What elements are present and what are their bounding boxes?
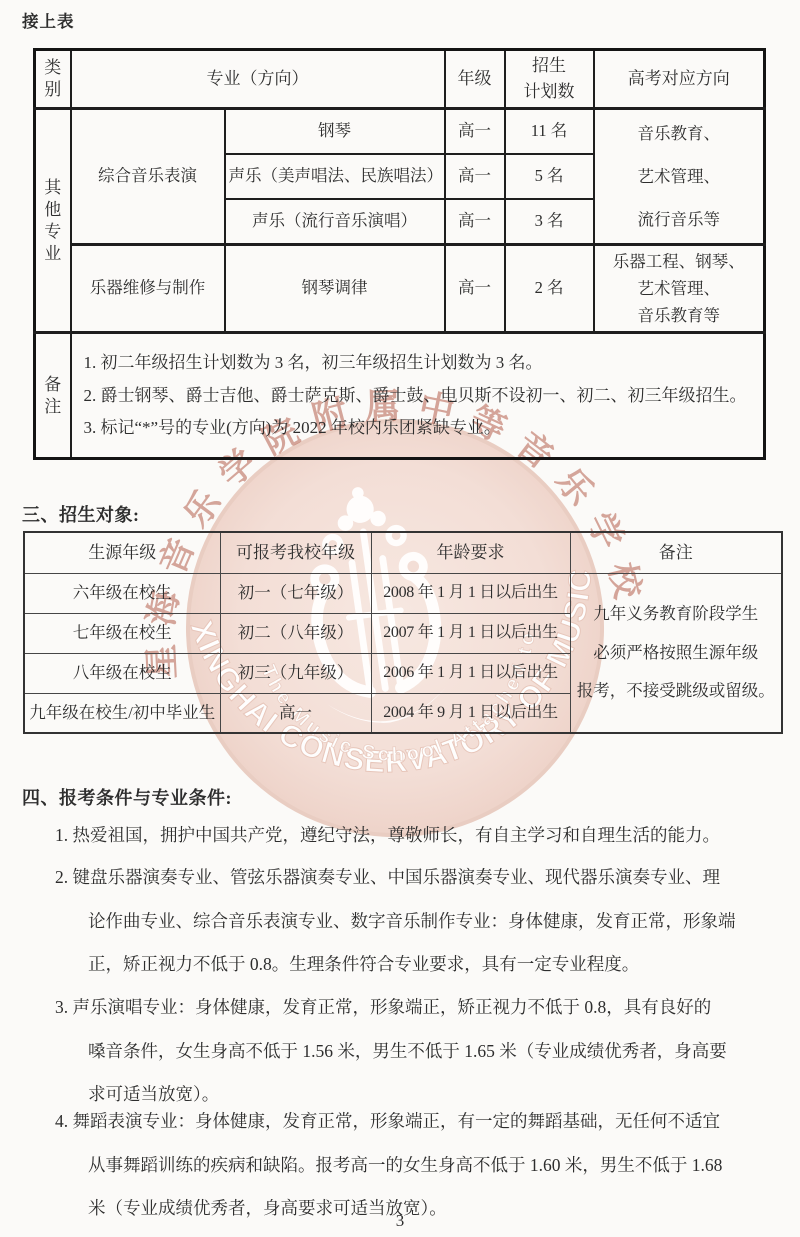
condition-line: 1. 热爱祖国，拥护中国共产党，遵纪守法，尊敬师长，有自主学习和自理生活的能力。 — [55, 814, 800, 858]
plan-quota-vocal-pop: 3 名 — [505, 199, 594, 244]
section-title-application-conditions: 四、报考条件与专业条件: — [22, 784, 232, 810]
plan-grade-vocal-pop: 高一 — [445, 199, 505, 244]
target-apply-grade9: 初三（九年级） — [220, 653, 371, 693]
target-header-source-grade: 生源年级 — [24, 532, 220, 573]
plan-grade-piano-tuning: 高一 — [445, 245, 505, 333]
plan-group-instrument-repair: 乐器维修与制作 — [71, 245, 225, 333]
plan-category-other-majors: 其 他 专 业 — [35, 109, 71, 333]
target-age-2008: 2008 年 1 月 1 日以后出生 — [371, 573, 570, 613]
condition-item-1: 1. 热爱祖国，拥护中国共产党，遵纪守法，尊敬师长，有自主学习和自理生活的能力。 — [0, 814, 800, 858]
plan-remark-1: 1. 初二年级招生计划数为 3 名，初三年级招生计划数为 3 名。 — [84, 349, 752, 377]
condition-line: 从事舞蹈训练的疾病和缺陷。报考高一的女生身高不低于 1.60 米，男生不低于 1… — [88, 1144, 800, 1188]
table-continuation-note: 接上表 — [22, 8, 75, 32]
plan-gaokao-group1: 音乐教育、 艺术管理、 流行音乐等 — [594, 109, 765, 245]
target-source-grade7: 七年级在校生 — [24, 613, 220, 653]
condition-item-3: 3. 声乐演唱专业：身体健康，发育正常，形象端正，矫正视力不低于 0.8，具有良… — [0, 986, 800, 1117]
target-source-grade9: 九年级在校生/初中毕业生 — [24, 693, 220, 733]
plan-direction-piano-tuning: 钢琴调律 — [225, 245, 445, 333]
plan-quota-piano: 11 名 — [505, 109, 594, 154]
plan-remark-2: 2. 爵士钢琴、爵士吉他、爵士萨克斯、爵士鼓、电贝斯不设初一、初二、初三年级招生… — [84, 382, 752, 410]
page-content: 接上表 类 别 专业（方向） 年级 招生 计划数 高考对应方向 其 他 专 业 … — [0, 0, 800, 1237]
condition-line: 嗓音条件，女生身高不低于 1.56 米，男生不低于 1.65 米（专业成绩优秀者… — [88, 1030, 800, 1074]
plan-remarks-label: 备 注 — [35, 333, 71, 459]
target-apply-grade7: 初一（七年级） — [220, 573, 371, 613]
plan-grade-vocal-classical: 高一 — [445, 154, 505, 199]
target-age-2006: 2006 年 1 月 1 日以后出生 — [371, 653, 570, 693]
section-title-admission-targets: 三、招生对象: — [22, 501, 140, 527]
condition-line: 3. 声乐演唱专业：身体健康，发育正常，形象端正，矫正视力不低于 0.8，具有良… — [55, 986, 800, 1030]
plan-header-quota: 招生 计划数 — [505, 50, 594, 109]
plan-group-comprehensive-performance: 综合音乐表演 — [71, 109, 225, 245]
plan-quota-vocal-classical: 5 名 — [505, 154, 594, 199]
target-header-remark: 备注 — [570, 532, 782, 573]
condition-line: 2. 键盘乐器演奏专业、管弦乐器演奏专业、中国乐器演奏专业、现代器乐演奏专业、理 — [55, 856, 800, 900]
plan-header-grade: 年级 — [445, 50, 505, 109]
condition-line: 4. 舞蹈表演专业：身体健康，发育正常，形象端正，有一定的舞蹈基础，无任何不适宜 — [55, 1100, 800, 1144]
plan-direction-vocal-classical: 声乐（美声唱法、民族唱法） — [225, 154, 445, 199]
plan-header-major: 专业（方向） — [71, 50, 445, 109]
plan-quota-piano-tuning: 2 名 — [505, 245, 594, 333]
document-page: 星海音乐学院附属中等音乐学校 XINGHAI CONSERVATORY OF M… — [0, 0, 800, 1237]
condition-line: 正，矫正视力不低于 0.8。生理条件符合专业要求，具有一定专业程度。 — [88, 943, 800, 987]
target-source-grade8: 八年级在校生 — [24, 653, 220, 693]
plan-direction-piano: 钢琴 — [225, 109, 445, 154]
condition-line: 论作曲专业、综合音乐表演专业、数字音乐制作专业：身体健康，发育正常，形象端 — [88, 900, 800, 944]
target-remark-cell: 九年义务教育阶段学生 必须严格按照生源年级 报考，不接受跳级或留级。 — [570, 573, 782, 733]
target-header-age: 年龄要求 — [371, 532, 570, 573]
target-age-2004: 2004 年 9 月 1 日以后出生 — [371, 693, 570, 733]
plan-grade-piano: 高一 — [445, 109, 505, 154]
plan-header-gaokao: 高考对应方向 — [594, 50, 765, 109]
condition-item-2: 2. 键盘乐器演奏专业、管弦乐器演奏专业、中国乐器演奏专业、现代器乐演奏专业、理… — [0, 856, 800, 987]
plan-remarks-cell: 1. 初二年级招生计划数为 3 名，初三年级招生计划数为 3 名。 2. 爵士钢… — [71, 333, 765, 459]
target-header-apply-grade: 可报考我校年级 — [220, 532, 371, 573]
plan-remark-3: 3. 标记“*”号的专业(方向)为 2022 年校内乐团紧缺专业。 — [84, 414, 752, 442]
plan-direction-vocal-pop: 声乐（流行音乐演唱） — [225, 199, 445, 244]
enrollment-plan-table: 类 别 专业（方向） 年级 招生 计划数 高考对应方向 其 他 专 业 综合音乐… — [33, 48, 766, 460]
admission-targets-table: 生源年级 可报考我校年级 年龄要求 备注 六年级在校生 初一（七年级） 2008… — [23, 531, 783, 734]
target-apply-senior1: 高一 — [220, 693, 371, 733]
target-age-2007: 2007 年 1 月 1 日以后出生 — [371, 613, 570, 653]
plan-gaokao-group2: 乐器工程、钢琴、 艺术管理、 音乐教育等 — [594, 245, 765, 333]
table-row: 六年级在校生 初一（七年级） 2008 年 1 月 1 日以后出生 九年义务教育… — [24, 573, 782, 613]
plan-header-category: 类 别 — [35, 50, 71, 109]
target-apply-grade8: 初二（八年级） — [220, 613, 371, 653]
page-number: 3 — [0, 1211, 800, 1231]
target-source-grade6: 六年级在校生 — [24, 573, 220, 613]
